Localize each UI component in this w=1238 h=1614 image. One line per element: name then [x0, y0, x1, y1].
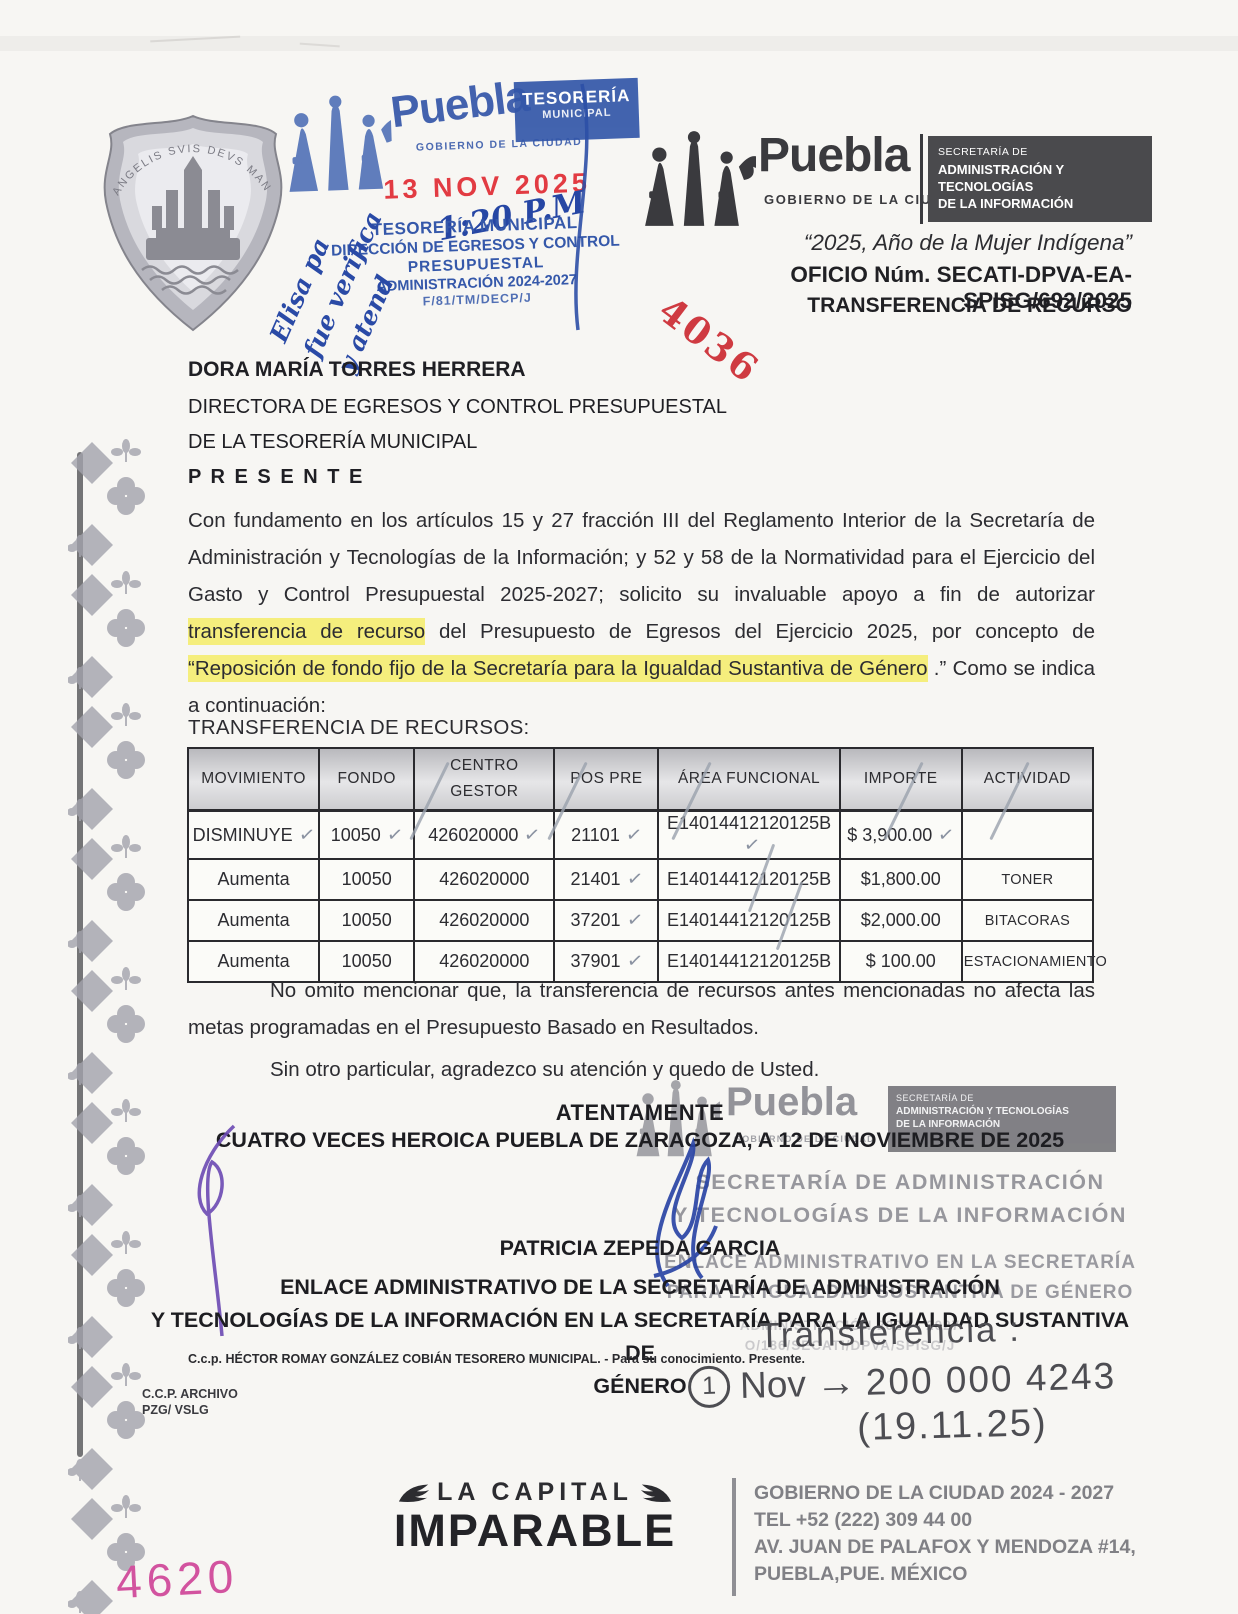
footer-contact-info: GOBIERNO DE LA CIUDAD 2024 - 2027TEL +52…	[754, 1480, 1136, 1588]
pen-checkmark: ✓	[297, 823, 316, 848]
pen-checkmark: ✓	[743, 833, 762, 858]
secretariat-box-line: SECRETARÍA DE	[938, 146, 1142, 158]
puebla-talavera-icon	[630, 124, 756, 230]
table-cell: E14014412120125B✓	[658, 811, 839, 860]
circled-number: 1	[688, 1365, 731, 1408]
secretariat-box-line: DE LA INFORMACIÓN	[938, 195, 1142, 212]
handwritten-transfer-note: Transferencia : 1 Nov → 200 000 4243 (19…	[686, 1306, 1179, 1455]
footer-info-line: TEL +52 (222) 309 44 00	[754, 1507, 1136, 1534]
archive-note-line: PZG/ VSLG	[142, 1402, 238, 1418]
table-header-row: MOVIMIENTOFONDOCENTRO GESTORPOS PREÁREA …	[188, 748, 1093, 811]
highlighted-text: transferencia de recurso	[188, 618, 425, 645]
wing-icon	[397, 1482, 431, 1504]
addressee-name: DORA MARÍA TORRES HERRERA	[188, 358, 727, 382]
addressee-salutation: P R E S E N T E	[188, 466, 727, 489]
table-cell: Aumenta	[188, 859, 319, 900]
archive-note: C.C.P. ARCHIVOPZG/ VSLG	[142, 1386, 238, 1418]
secretariat-box-line: ADMINISTRACIÓN Y TECNOLOGÍAS	[938, 161, 1142, 195]
pen-checkmark: ✓	[625, 949, 644, 974]
signatory-title-line: ENLACE ADMINISTRATIVO DE LA SECRETARÍA D…	[140, 1271, 1140, 1304]
atentamente-line: ATENTAMENTE	[140, 1100, 1140, 1126]
la-capital-imparable-logo: LA CAPITAL IMPARABLE	[380, 1478, 690, 1557]
transfer-number: 200 000 4243	[865, 1355, 1116, 1404]
year-motto: “2025, Año de la Mujer Indígena”	[640, 230, 1132, 256]
table-cell: DISMINUYE✓	[188, 811, 319, 860]
addressee-block: DORA MARÍA TORRES HERRERA DIRECTORA DE E…	[188, 358, 727, 489]
table-cell: 426020000✓	[414, 811, 554, 860]
table-cell: 21101✓	[554, 811, 658, 860]
transfer-table: MOVIMIENTOFONDOCENTRO GESTORPOS PREÁREA …	[187, 747, 1094, 983]
logo-divider	[920, 134, 923, 224]
pen-checkmark: ✓	[385, 823, 404, 848]
pen-checkmark: ✓	[625, 867, 644, 892]
table-cell: 426020000	[414, 859, 554, 900]
addressee-title: DIRECTORA DE EGRESOS Y CONTROL PRESUPUES…	[188, 396, 727, 419]
wing-icon	[639, 1482, 673, 1504]
pink-folio-number: 4620	[115, 1549, 240, 1609]
addressee-title: DE LA TESORERÍA MUNICIPAL	[188, 431, 727, 454]
pen-stroke	[540, 80, 610, 335]
body-text: del Presupuesto de Egresos del Ejercicio…	[425, 620, 1095, 643]
table-header-cell: CENTRO GESTOR	[414, 748, 554, 811]
table-cell: $1,800.00	[840, 859, 962, 900]
arrow-glyph: →	[815, 1360, 856, 1406]
puebla-wordmark: Puebla	[388, 72, 531, 138]
table-row: Aumenta1005042602000021401✓E140144121201…	[188, 859, 1093, 900]
table-cell: Aumenta	[188, 900, 319, 941]
table-label: TRANSFERENCIA DE RECURSOS:	[188, 716, 530, 740]
pen-checkmark: ✓	[624, 823, 643, 848]
footer-info-line: PUEBLA,PUE. MÉXICO	[754, 1561, 1136, 1588]
table-cell: E14014412120125B	[658, 859, 839, 900]
table-cell	[962, 811, 1093, 860]
transfer-date: (19.11.25)	[857, 1399, 1180, 1450]
footer-info-line: AV. JUAN DE PALAFOX Y MENDOZA #14,	[754, 1534, 1136, 1561]
pen-checkmark: ✓	[523, 823, 542, 848]
footer-info-line: GOBIERNO DE LA CIUDAD 2024 - 2027	[754, 1480, 1136, 1507]
footer-divider	[732, 1478, 736, 1596]
oficio-subject: TRANSFERENCIA DE RECURSO	[640, 294, 1132, 318]
table-cell: 21401✓	[554, 859, 658, 900]
puebla-talavera-icon	[278, 80, 394, 202]
signatory-name: PATRICIA ZEPEDA GARCIA	[140, 1236, 1140, 1261]
table-header-cell: FONDO	[319, 748, 414, 811]
archive-note-line: C.C.P. ARCHIVO	[142, 1386, 238, 1402]
secretariat-box: SECRETARÍA DEADMINISTRACIÓN Y TECNOLOGÍA…	[928, 136, 1152, 222]
table-cell: $ 3,900.00✓	[840, 811, 962, 860]
body-text: Con fundamento en los artículos 15 y 27 …	[188, 509, 1095, 606]
pen-checkmark: ✓	[937, 823, 956, 848]
note-paragraph: No omito mencionar que, la transferencia…	[188, 972, 1095, 1046]
table-cell: 10050	[319, 900, 414, 941]
table-cell: $2,000.00	[840, 900, 962, 941]
table-cell: 10050	[319, 859, 414, 900]
scanned-official-letter: ANGELIS SVIS DEVS MANDAVIT DE TE Puebla	[0, 0, 1238, 1614]
highlighted-text: “Reposición de fondo fijo de la Secretar…	[188, 655, 928, 682]
talavera-side-pattern	[68, 438, 146, 1614]
pen-checkmark: ✓	[625, 908, 644, 933]
table-cell: TONER	[962, 859, 1093, 900]
body-paragraph: Con fundamento en los artículos 15 y 27 …	[188, 502, 1095, 724]
table-header-cell: ACTIVIDAD	[962, 748, 1093, 811]
table-header-cell: POS PRE	[554, 748, 658, 811]
table-header-cell: MOVIMIENTO	[188, 748, 319, 811]
capital-logo-line1: LA CAPITAL	[437, 1478, 633, 1507]
table-cell: BITACORAS	[962, 900, 1093, 941]
table-row: DISMINUYE✓10050✓426020000✓21101✓E1401441…	[188, 811, 1093, 860]
puebla-wordmark: Puebla	[758, 128, 909, 183]
capital-logo-line2: IMPARABLE	[380, 1505, 690, 1557]
table-row: Aumenta1005042602000037201✓E140144121201…	[188, 900, 1093, 941]
table-header-cell: ÁREA FUNCIONAL	[658, 748, 839, 811]
table-header-row: MOVIMIENTOFONDOCENTRO GESTORPOS PREÁREA …	[188, 748, 1093, 811]
table-cell: 37201✓	[554, 900, 658, 941]
transfer-month: Nov	[740, 1363, 807, 1407]
table-cell: 426020000	[414, 900, 554, 941]
table-cell: 10050✓	[319, 811, 414, 860]
